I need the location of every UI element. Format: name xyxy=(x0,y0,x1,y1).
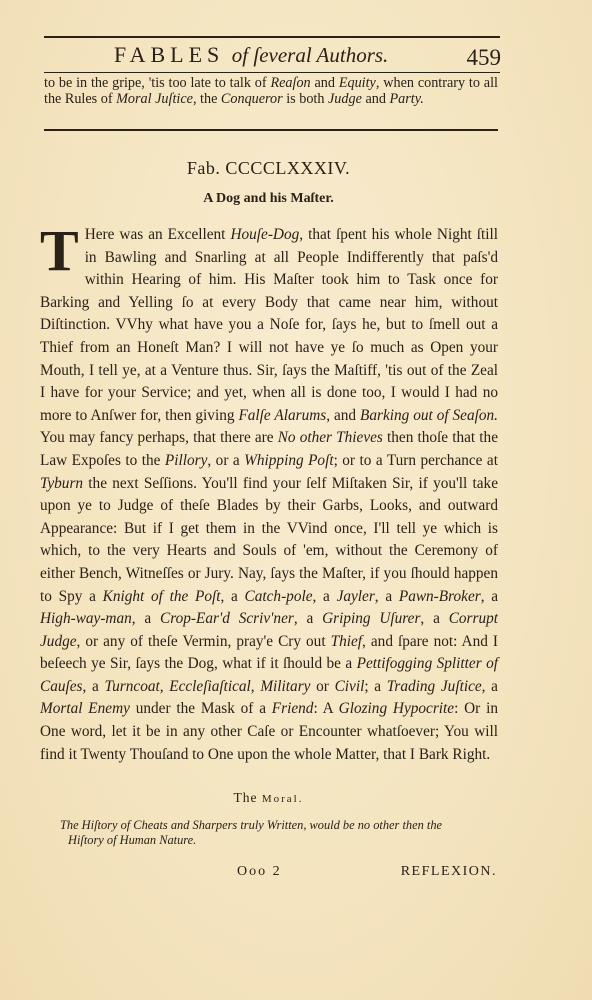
fable-title: Fab. CCCCLXXXIV. xyxy=(40,158,497,179)
italic-run: Pawn-Broker xyxy=(399,588,481,605)
text-run: and xyxy=(311,75,339,91)
text-run: , a xyxy=(482,678,498,695)
text-run: under the Mask of a xyxy=(130,700,272,717)
text-run: You may fancy perhaps, that there are xyxy=(40,429,278,446)
text-run: , a xyxy=(375,588,399,605)
text-run: , a xyxy=(420,610,448,627)
previous-fable-continuation: to be in the gripe, 'tis too late to tal… xyxy=(44,76,498,107)
italic-run: Crop-Ear'd Scriv'ner xyxy=(160,610,294,627)
fable-subtitle: A Dog and his Maſter. xyxy=(40,191,497,207)
italic-run: Thief xyxy=(331,633,362,650)
text-run: , the xyxy=(193,91,221,107)
running-head: FABLES of ſeveral Authors. 459 xyxy=(44,38,497,72)
text-run: ; a xyxy=(364,678,386,695)
italic-run: Civil xyxy=(335,678,365,695)
moral-text: The Hiſtory of Cheats and Sharpers truly… xyxy=(40,818,497,848)
italic-run: No other Thieves xyxy=(278,429,383,446)
fable-body-text: Here was an Excellent Houſe-Dog, that ſp… xyxy=(40,226,498,763)
text-run: , a xyxy=(220,588,244,605)
italic-run: High-way-man xyxy=(40,610,132,627)
fable-number: CCCCLXXXIV. xyxy=(225,158,350,178)
text-run: ; or to a Turn perchance at xyxy=(334,452,498,469)
catchword: REFLEXION. xyxy=(401,864,497,880)
text-run: is both xyxy=(283,91,328,107)
italic-run: Party. xyxy=(389,91,423,107)
italic-run: Jayler xyxy=(337,588,375,605)
text-run: , a xyxy=(481,588,498,605)
italic-run: Houſe-Dog xyxy=(230,226,299,243)
moral-heading-the: The xyxy=(233,790,261,805)
italic-run: Conqueror xyxy=(221,91,283,107)
italic-run: Equity xyxy=(339,75,376,91)
text-run: and xyxy=(362,91,390,107)
moral-line-2: Hiſtory of Human Nature. xyxy=(60,833,497,848)
text-run: , a xyxy=(132,610,160,627)
italic-run: Barking out of Seaſon. xyxy=(360,407,498,424)
moral-line-1: The Hiſtory of Cheats and Sharpers truly… xyxy=(60,818,442,832)
italic-run: Turncoat, Eccleſiaſtical, Military xyxy=(105,678,311,695)
signature-mark: Ooo 2 xyxy=(237,864,282,880)
section-divider xyxy=(44,129,498,131)
book-page: FABLES of ſeveral Authors. 459 to be in … xyxy=(40,36,497,888)
page-footer: Ooo 2 REFLEXION. xyxy=(40,864,497,888)
italic-run: Pillory xyxy=(165,452,208,469)
text-run: Here was an Excellent xyxy=(85,226,231,243)
italic-run: Whipping Poſt xyxy=(244,452,333,469)
italic-run: Judge xyxy=(328,91,362,107)
text-run: , a xyxy=(83,678,105,695)
running-head-italic: of ſeveral Authors. xyxy=(232,43,389,67)
text-run: the next Seſſions. You'll find your ſelf… xyxy=(40,475,498,605)
italic-run: Knight of the Poſt xyxy=(103,588,221,605)
text-run: , a xyxy=(294,610,322,627)
italic-run: Trading Juſtice xyxy=(387,678,482,695)
italic-run: Catch-pole xyxy=(245,588,313,605)
drop-cap: T xyxy=(40,229,79,273)
text-run: or xyxy=(310,678,334,695)
header-bottom-rule xyxy=(44,72,500,73)
page-number: 459 xyxy=(467,45,502,71)
italic-run: Friend xyxy=(272,700,314,717)
moral-heading: The Moral. xyxy=(40,790,497,806)
text-run: , that ſpent his whole Night ſtill in Ba… xyxy=(40,226,498,424)
text-run: , and xyxy=(326,407,360,424)
text-run: : A xyxy=(313,700,338,717)
italic-run: Griping Uſurer xyxy=(322,610,420,627)
text-run: to be in the gripe, 'tis too late to tal… xyxy=(44,75,270,91)
italic-run: Tyburn xyxy=(40,475,83,492)
text-run: , or a xyxy=(207,452,244,469)
italic-run: Mortal Enemy xyxy=(40,700,130,717)
italic-run: Reaſon xyxy=(270,75,310,91)
text-run: , a xyxy=(313,588,337,605)
italic-run: Falſe Alarums xyxy=(238,407,326,424)
running-head-caps: FABLES xyxy=(114,42,224,67)
fable-label: Fab. xyxy=(187,158,221,178)
fable-body: T Here was an Excellent Houſe-Dog, that … xyxy=(40,224,498,766)
italic-run: Moral Juſtice xyxy=(116,91,193,107)
moral-heading-caps: Moral. xyxy=(262,793,304,805)
italic-run: Glozing Hypocrite xyxy=(339,700,454,717)
running-head-title: FABLES of ſeveral Authors. xyxy=(114,42,388,68)
text-run: , or any of theſe Vermin, pray'e Cry out xyxy=(77,633,331,650)
